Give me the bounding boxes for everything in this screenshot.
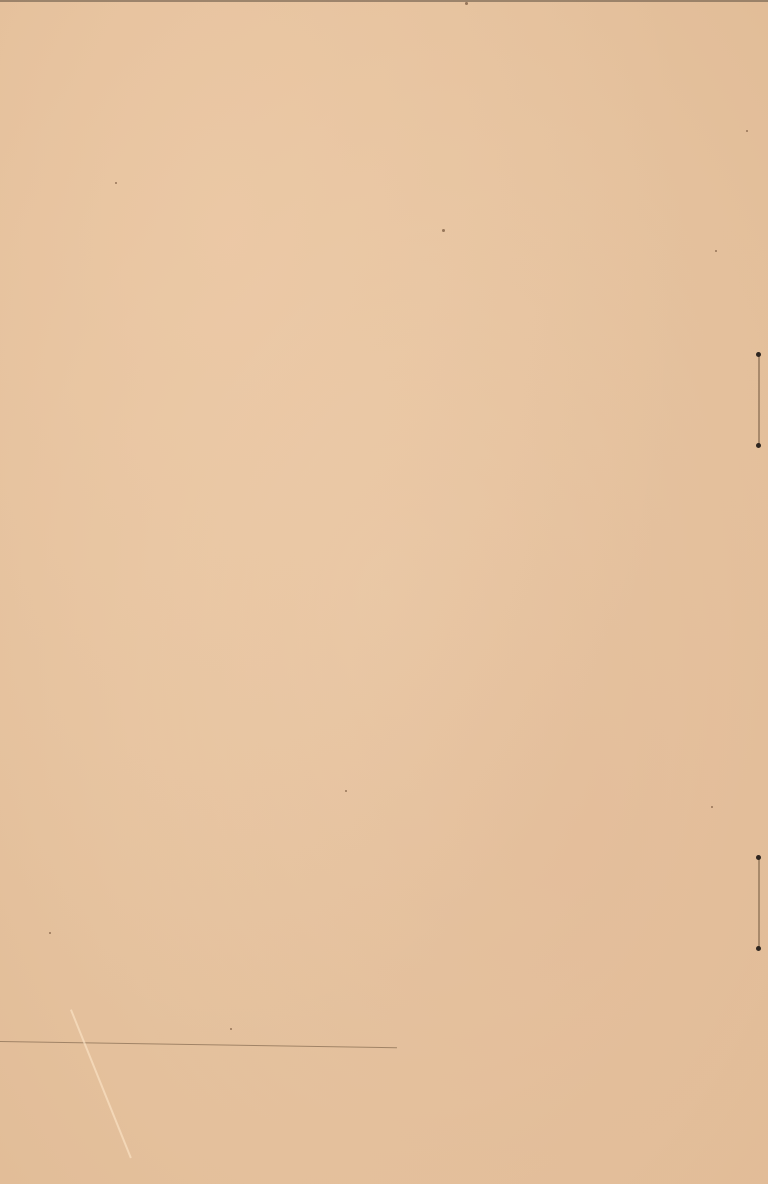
staple-mark: [758, 354, 764, 446]
staple-mark: [758, 857, 764, 949]
paper-speck: [345, 790, 347, 792]
paper-speck: [442, 229, 445, 232]
scan-edge: [0, 0, 768, 2]
document-page: [0, 0, 768, 1184]
paper-speck: [711, 806, 713, 808]
paper-speck: [715, 250, 717, 252]
paper-crease: [70, 1009, 132, 1158]
paper-speck: [746, 130, 748, 132]
paper-speck: [49, 932, 51, 934]
paper-speck: [230, 1028, 232, 1030]
paper-speck: [465, 2, 468, 5]
footnote-rule: [0, 1041, 397, 1048]
paper-speck: [115, 182, 117, 184]
